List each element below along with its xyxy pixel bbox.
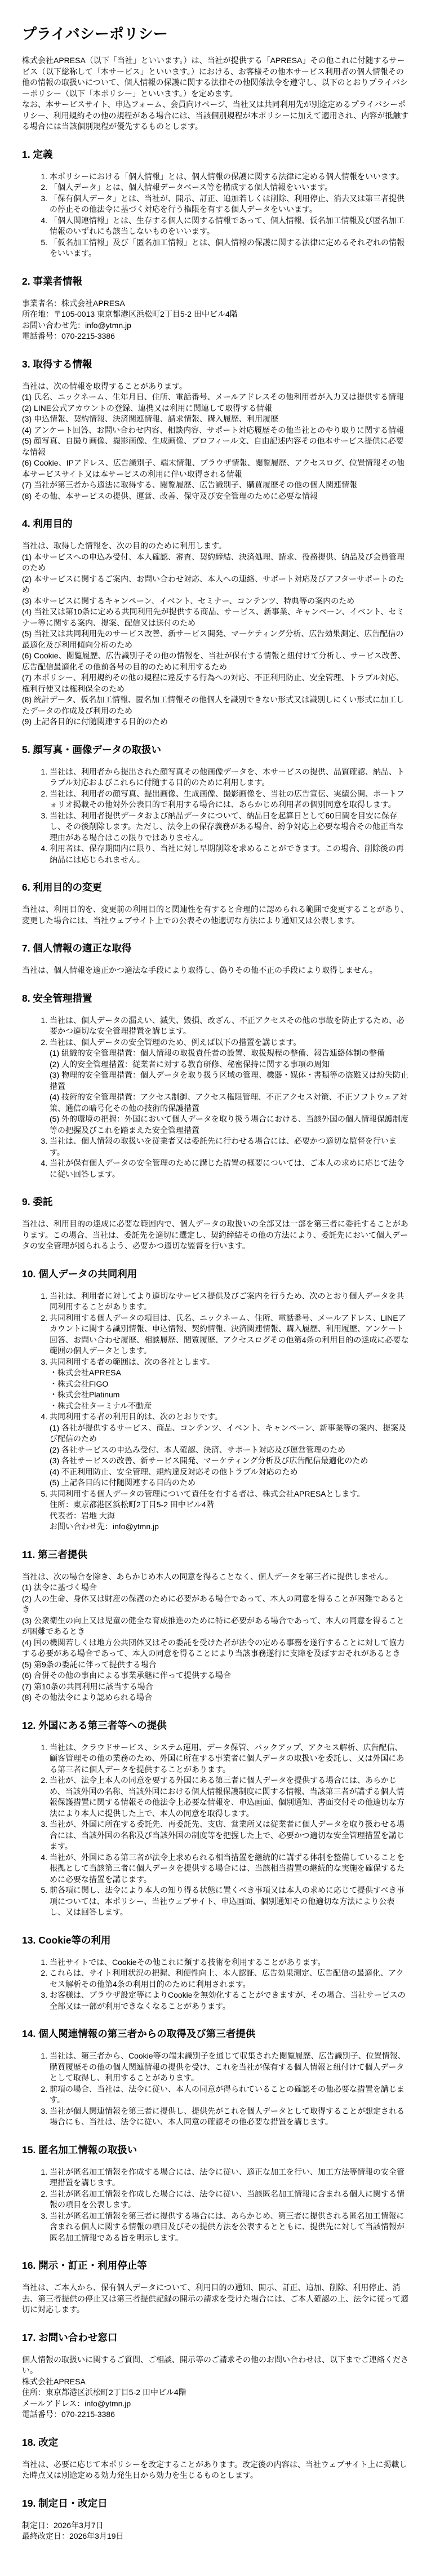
section-line: 個人情報の取扱いに関するご質問、ご相談、開示等のご請求その他のお問い合わせは、以… [22,2354,409,2376]
list-item: 前項の場合、当社は、法令に従い、本人の同意が得られていることの確認その他必要な措… [50,2084,409,2106]
list-item: 当社は、利用者の顔写真、提出画像、生成画像、撮影画像を、当社の広告宣伝、実績公開… [50,789,409,811]
section-heading: 1. 定義 [22,148,409,161]
section-body: 当社は、必要に応じて本ポリシーを改定することがあります。改定後の内容は、当社ウェ… [22,2459,409,2481]
list-item-text: 当社が、外国にある第三者が法令上求められる相当措置を継続的に講ずる体制を整備して… [50,1853,405,1884]
policy-section: 19. 制定日・改定日制定日：2026年3月7日最終改定日：2026年3月19日 [22,2497,409,2542]
section-line: 当社は、次の情報を取得することがあります。 [22,381,409,392]
section-line: (8) その他法令により認められる場合 [22,1692,409,1703]
privacy-policy-page: プライバシーポリシー 株式会社APRESA（以下「当社」といいます。）は、当社が… [0,0,431,2576]
list-sub-item: (5) 外的環境の把握：外国において個人データを取り扱う場合における、当該外国の… [50,1114,409,1136]
section-line: お問い合わせ先：info@ytmn.jp [22,320,409,331]
section-line: (4) 国の機関若しくは地方公共団体又はその委託を受けた者が法令の定める事務を遂… [22,1637,409,1659]
list-item-text: 当社が個人関連情報を第三者に提供し、提供先がこれを個人データとして取得することが… [50,2106,405,2127]
list-item-text: 当社は、利用者提供データおよび納品データについて、納品日を起算日として60日間を… [50,811,404,842]
intro-paragraph: 株式会社APRESA（以下「当社」といいます。）は、当社が提供する「APRESA… [22,55,409,99]
list-item-text: 共同利用する個人データの項目は、氏名、ニックネーム、住所、電話番号、メールアドレ… [50,1313,408,1356]
list-item: これらは、サイト利用状況の把握、利便性向上、本人認証、広告効果測定、広告配信の最… [50,1968,409,1990]
list-item: 当社は、第三者から、Cookie等の端末識別子を通じて収集された閲覧履歴、広告識… [50,2051,409,2084]
section-heading: 13. Cookie等の利用 [22,1934,409,1946]
section-body: 制定日：2026年3月7日最終改定日：2026年3月19日 [22,2520,409,2542]
section-line: 当社は、個人情報を適正かつ適法な手段により取得し、偽りその他不正の手段により取得… [22,965,409,976]
policy-section: 15. 匿名加工情報の取扱い当社が匿名加工情報を作成する場合には、法令に従い、適… [22,2144,409,2244]
section-body: 事業者名：株式会社APRESA所在地：〒105-0013 東京都港区浜松町2丁目… [22,298,409,342]
section-line: (7) 当社が第三者から適法に取得する、閲覧履歴、広告識別子、購買履歴その他の個… [22,480,409,491]
intro: 株式会社APRESA（以下「当社」といいます。）は、当社が提供する「APRESA… [22,55,409,132]
section-line: (6) 合併その他の事由による事業承継に伴って提供する場合 [22,1670,409,1681]
section-body: 当社は、ご本人から、保有個人データについて、利用目的の通知、開示、訂正、追加、削… [22,2282,409,2316]
section-heading: 2. 事業者情報 [22,275,409,287]
list-sub-item: ・株式会社FIGO [50,1379,409,1390]
list-sub-item: (3) 物理的安全管理措置：個人データを取り扱う区域の管理、機器・媒体・書類等の… [50,1070,409,1092]
list-item-text: 当社が、法令上本人の同意を要する外国にある第三者に個人データを提供する場合には、… [50,1776,405,1818]
list-item: 当社は、利用者から提出された顔写真その他画像データを、本サービスの提供、品質確認… [50,767,409,789]
policy-section: 18. 改定当社は、必要に応じて本ポリシーを改定することがあります。改定後の内容… [22,2436,409,2481]
page-title: プライバシーポリシー [22,25,409,43]
list-item-text: 「仮名加工情報」及び「匿名加工情報」とは、個人情報の保護に関する法律に定めるそれ… [50,238,405,258]
policy-section: 5. 顔写真・画像データの取扱い当社は、利用者から提出された顔写真その他画像デー… [22,743,409,866]
section-line: 当社は、次の場合を除き、あらかじめ本人の同意を得ることなく、個人データを第三者に… [22,1572,409,1583]
list-sub-item: (1) 組織的安全管理措置：個人情報の取扱責任者の設置、取扱規程の整備、報告連絡… [50,1048,409,1059]
section-heading: 17. お問い合わせ窓口 [22,2331,409,2344]
list-item-text: 「個人データ」とは、個人情報データベース等を構成する個人情報をいいます。 [50,183,332,192]
section-body: 当社は、取得した情報を、次の目的のために利用します。(1) 本サービスへの申込み… [22,541,409,728]
section-line: 当社は、必要に応じて本ポリシーを改定することがあります。改定後の内容は、当社ウェ… [22,2459,409,2481]
list-item: 共同利用する個人データの項目は、氏名、ニックネーム、住所、電話番号、メールアドレ… [50,1313,409,1357]
section-line: メールアドレス：info@ytmn.jp [22,2398,409,2410]
list-item-text: 当社は、利用者に対してより適切なサービス提供及びご案内を行うため、次のとおり個人… [50,1291,404,1312]
list-item-text: 当社が匿名加工情報を第三者に提供する場合には、あらかじめ、第三者に提供される匿名… [50,2211,405,2242]
numbered-list: 当社は、個人データの漏えい、滅失、毀損、改ざん、不正アクセスその他の事故を防止す… [22,1015,409,1180]
section-body: 当社は、利用目的を、変更前の利用目的と関連性を有すると合理的に認められる範囲で変… [22,904,409,926]
list-item-text: 当社は、利用者から提出された顔写真その他画像データを、本サービスの提供、品質確認… [50,767,405,787]
section-heading: 4. 利用目的 [22,517,409,530]
section-heading: 14. 個人関連情報の第三者からの取得及び第三者提供 [22,2028,409,2040]
policy-section: 10. 個人データの共同利用当社は、利用者に対してより適切なサービス提供及びご案… [22,1268,409,1533]
list-item-text: 当社は、利用者の顔写真、提出画像、生成画像、撮影画像を、当社の広告宣伝、実績公開… [50,789,405,809]
list-item: 当社サイトでは、Cookieその他これに類する技術を利用することがあります。 [50,1957,409,1968]
section-body: 個人情報の取扱いに関するご質問、ご相談、開示等のご請求その他のお問い合わせは、以… [22,2354,409,2420]
section-line: 当社は、利用目的の達成に必要な範囲内で、個人データの取扱いの全部又は一部を第三者… [22,1219,409,1252]
list-item-text: 利用者は、保存期間内に限り、当社に対し早期削除を求めることができます。この場合、… [50,844,404,864]
section-heading: 3. 取得する情報 [22,358,409,370]
list-item: 当社が保有個人データの安全管理のために講じた措置の概要については、ご本人の求めに… [50,1158,409,1180]
list-item-text: 当社は、個人情報の取扱いを従業者又は委託先に行わせる場合には、必要かつ適切な監督… [50,1136,397,1157]
list-item-text: これらは、サイト利用状況の把握、利便性向上、本人認証、広告効果測定、広告配信の最… [50,1968,404,1989]
list-item: 当社が個人関連情報を第三者に提供し、提供先がこれを個人データとして取得することが… [50,2106,409,2128]
section-line: 当社は、利用目的を、変更前の利用目的と関連性を有すると合理的に認められる範囲で変… [22,904,409,926]
list-item-text: 前項の場合、当社は、法令に従い、本人の同意が得られていることの確認その他必要な措… [50,2084,405,2105]
policy-section: 11. 第三者提供当社は、次の場合を除き、あらかじめ本人の同意を得ることなく、個… [22,1548,409,1703]
list-item: 当社が、外国に所在する委託先、再委託先、支店、営業所又は従業者に個人データを取り… [50,1819,409,1852]
list-item: 共同利用する者の利用目的は、次のとおりです。(1) 各社が提供するサービス、商品… [50,1411,409,1489]
section-heading: 6. 利用目的の変更 [22,881,409,893]
section-line: 電話番号：070-2215-3386 [22,2409,409,2420]
section-heading: 15. 匿名加工情報の取扱い [22,2144,409,2156]
list-item-text: 当社は、個人データの漏えい、滅失、毀損、改ざん、不正アクセスその他の事故を防止す… [50,1016,405,1036]
section-line: 事業者名：株式会社APRESA [22,298,409,309]
list-item: 共同利用する者の範囲は、次の各社とします。・株式会社APRESA・株式会社FIG… [50,1357,409,1412]
list-item: 本ポリシーにおける「個人情報」とは、個人情報の保護に関する法律に定める個人情報を… [50,171,409,183]
section-line: (3) 公衆衛生の向上又は児童の健全な育成推進のために特に必要がある場合であって… [22,1615,409,1637]
list-item-text: 当社は、個人データの安全管理のため、例えば以下の措置を講じます。 [50,1038,301,1047]
list-sub-item: ・株式会社ターミナル不動産 [50,1401,409,1412]
list-item: 利用者は、保存期間内に限り、当社に対し早期削除を求めることができます。この場合、… [50,843,409,865]
list-item-text: 当社は、第三者から、Cookie等の端末識別子を通じて収集された閲覧履歴、広告識… [50,2051,406,2082]
policy-section: 6. 利用目的の変更当社は、利用目的を、変更前の利用目的と関連性を有すると合理的… [22,881,409,926]
section-line: 当社は、取得した情報を、次の目的のために利用します。 [22,541,409,552]
list-item-text: お客様は、ブラウザ設定等によりCookieを無効化することができますが、その場合… [50,1990,406,2011]
list-sub-item: お問い合わせ先：info@ytmn.jp [50,1521,409,1533]
section-heading: 7. 個人情報の適正な取得 [22,942,409,954]
section-line: (8) その他、本サービスの提供、運営、改善、保守及び安全管理のために必要な情報 [22,491,409,502]
list-item-text: 共同利用する者の利用目的は、次のとおりです。 [50,1412,223,1421]
section-heading: 19. 制定日・改定日 [22,2497,409,2509]
list-sub-item: 代表者：岩地 大海 [50,1511,409,1522]
list-item: 前各項に関し、法令により本人の知り得る状態に置くべき事項又は本人の求めに応じて提… [50,1885,409,1918]
section-line: (2) 人の生命、身体又は財産の保護のために必要がある場合であって、本人の同意を… [22,1594,409,1615]
list-sub-item: (5) 上記各目的に付随関連する目的のため [50,1477,409,1489]
numbered-list: 当社が匿名加工情報を作成する場合には、法令に従い、適正な加工を行い、加工方法等情… [22,2167,409,2244]
list-sub-item: (3) 各社サービスの改善、新サービス開発、マーケティング分析及び広告配信最適化… [50,1455,409,1467]
section-line: (4) アンケート回答、お問い合わせ内容、相談内容、サポート対応履歴その他当社と… [22,425,409,436]
numbered-list: 当社は、利用者に対してより適切なサービス提供及びご案内を行うため、次のとおり個人… [22,1291,409,1533]
list-item: 当社は、利用者に対してより適切なサービス提供及びご案内を行うため、次のとおり個人… [50,1291,409,1313]
list-item: 「個人関連情報」とは、生存する個人に関する情報であって、個人情報、仮名加工情報及… [50,215,409,237]
section-line: 当社は、ご本人から、保有個人データについて、利用目的の通知、開示、訂正、追加、削… [22,2282,409,2316]
list-item: 当社は、クラウドサービス、システム運用、データ保管、バックアップ、アクセス解析、… [50,1742,409,1776]
section-heading: 10. 個人データの共同利用 [22,1268,409,1280]
policy-section: 13. Cookie等の利用当社サイトでは、Cookieその他これに類する技術を… [22,1934,409,2012]
policy-section: 3. 取得する情報当社は、次の情報を取得することがあります。(1) 氏名、ニック… [22,358,409,502]
list-item-text: 当社が、外国に所在する委託先、再委託先、支店、営業所又は従業者に個人データを取り… [50,1820,405,1851]
list-sub-item: ・株式会社Platinum [50,1389,409,1401]
section-line: (5) 第9条の委託に伴って提供する場合 [22,1659,409,1671]
section-body: 当社は、次の情報を取得することがあります。(1) 氏名、ニックネーム、生年月日、… [22,381,409,502]
policy-section: 14. 個人関連情報の第三者からの取得及び第三者提供当社は、第三者から、Cook… [22,2028,409,2128]
section-line: (3) 本サービスに関するキャンペーン、イベント、セミナー、コンテンツ、特典等の… [22,596,409,607]
section-line: (2) LINE公式アカウントの登録、連携又は利用に関連して取得する情報 [22,403,409,414]
section-line: (2) 本サービスに関するご案内、お問い合わせ対応、本人への連絡、サポート対応及… [22,574,409,596]
list-item-text: 前各項に関し、法令により本人の知り得る状態に置くべき事項又は本人の求めに応じて提… [50,1885,405,1916]
numbered-list: 当社サイトでは、Cookieその他これに類する技術を利用することがあります。これ… [22,1957,409,2012]
section-heading: 12. 外国にある第三者等への提供 [22,1719,409,1732]
section-line: (1) 法令に基づく場合 [22,1582,409,1594]
intro-paragraph: なお、本サービスサイト、申込フォーム、会員向けページ、当社又は共同利用先が別途定… [22,99,409,132]
list-item-text: 当社サイトでは、Cookieその他これに類する技術を利用することがあります。 [50,1958,325,1967]
list-item: 当社が、法令上本人の同意を要する外国にある第三者に個人データを提供する場合には、… [50,1775,409,1819]
list-sub-item: ・株式会社APRESA [50,1367,409,1379]
numbered-list: 当社は、第三者から、Cookie等の端末識別子を通じて収集された閲覧履歴、広告識… [22,2051,409,2128]
policy-section: 1. 定義本ポリシーにおける「個人情報」とは、個人情報の保護に関する法律に定める… [22,148,409,259]
policy-section: 2. 事業者情報事業者名：株式会社APRESA所在地：〒105-0013 東京都… [22,275,409,342]
section-line: 最終改定日：2026年3月19日 [22,2531,409,2542]
list-item: 当社が匿名加工情報を作成した場合には、法令に従い、当該匿名加工情報に含まれる個人… [50,2189,409,2211]
section-line: 株式会社APRESA [22,2376,409,2388]
list-item: 当社は、利用者提供データおよび納品データについて、納品日を起算日として60日間を… [50,811,409,844]
numbered-list: 本ポリシーにおける「個人情報」とは、個人情報の保護に関する法律に定める個人情報を… [22,171,409,259]
section-heading: 11. 第三者提供 [22,1548,409,1561]
policy-section: 12. 外国にある第三者等への提供当社は、クラウドサービス、システム運用、データ… [22,1719,409,1918]
list-item-text: 当社は、クラウドサービス、システム運用、データ保管、バックアップ、アクセス解析、… [50,1743,404,1774]
section-line: 住所：東京都港区浜松町2丁目5-2 田中ビル4階 [22,2387,409,2398]
list-sub-item: (1) 各社が提供するサービス、商品、コンテンツ、イベント、キャンペーン、新事業… [50,1423,409,1445]
list-item: 当社が匿名加工情報を作成する場合には、法令に従い、適正な加工を行い、加工方法等情… [50,2167,409,2189]
list-sub-item: 住所：東京都港区浜松町2丁目5-2 田中ビル4階 [50,1499,409,1511]
section-heading: 16. 開示・訂正・利用停止等 [22,2259,409,2272]
policy-section: 16. 開示・訂正・利用停止等当社は、ご本人から、保有個人データについて、利用目… [22,2259,409,2316]
list-item-text: 当社が保有個人データの安全管理のために講じた措置の概要については、ご本人の求めに… [50,1158,405,1179]
list-item: 「個人データ」とは、個人情報データベース等を構成する個人情報をいいます。 [50,182,409,193]
list-sub-item: (2) 人的安全管理措置：従業者に対する教育研修、秘密保持に関する事項の周知 [50,1059,409,1070]
policy-section: 9. 委託当社は、利用目的の達成に必要な範囲内で、個人データの取扱いの全部又は一… [22,1196,409,1252]
list-item-text: 本ポリシーにおける「個人情報」とは、個人情報の保護に関する法律に定める個人情報を… [50,172,404,181]
section-body: 当社は、利用目的の達成に必要な範囲内で、個人データの取扱いの全部又は一部を第三者… [22,1219,409,1252]
section-heading: 18. 改定 [22,2436,409,2449]
section-body: 当社は、次の場合を除き、あらかじめ本人の同意を得ることなく、個人データを第三者に… [22,1572,409,1703]
section-line: (3) 申込情報、契約情報、決済関連情報、請求情報、購入履歴、利用履歴 [22,414,409,425]
section-heading: 9. 委託 [22,1196,409,1208]
list-item-text: 共同利用する個人データの管理について責任を有する者は、株式会社APRESAとしま… [50,1489,365,1498]
section-line: (6) Cookie、IPアドレス、広告識別子、端末情報、ブラウザ情報、閲覧履歴… [22,458,409,480]
list-item: 当社が匿名加工情報を第三者に提供する場合には、あらかじめ、第三者に提供される匿名… [50,2211,409,2244]
list-item: 当社は、個人データの漏えい、滅失、毀損、改ざん、不正アクセスその他の事故を防止す… [50,1015,409,1037]
list-item-text: 当社が匿名加工情報を作成する場合には、法令に従い、適正な加工を行い、加工方法等情… [50,2167,405,2188]
policy-section: 4. 利用目的当社は、取得した情報を、次の目的のために利用します。(1) 本サー… [22,517,409,728]
list-item: 「保有個人データ」とは、当社が、開示、訂正、追加若しくは削除、利用停止、消去又は… [50,193,409,215]
section-line: (5) 当社又は共同利用先のサービス改善、新サービス開発、マーケティング分析、広… [22,628,409,650]
section-line: (8) 統計データ、仮名加工情報、匿名加工情報その他個人を識別できない形式又は識… [22,694,409,716]
section-line: (7) 本ポリシー、利用規約その他の規程に違反する行為への対応、不正利用防止、安… [22,672,409,694]
list-item: 当社は、個人情報の取扱いを従業者又は委託先に行わせる場合には、必要かつ適切な監督… [50,1136,409,1158]
section-line: (4) 当社又は第10条に定める共同利用先が提供する商品、サービス、新事業、キャ… [22,607,409,628]
list-item-text: 「個人関連情報」とは、生存する個人に関する情報であって、個人情報、仮名加工情報及… [50,216,405,236]
section-heading: 8. 安全管理措置 [22,992,409,1004]
list-item-text: 当社が匿名加工情報を作成した場合には、法令に従い、当該匿名加工情報に含まれる個人… [50,2189,405,2210]
list-item: お客様は、ブラウザ設定等によりCookieを無効化することができますが、その場合… [50,1990,409,2012]
list-sub-item: (2) 各社サービスの申込み受付、本人確認、決済、サポート対応及び運営管理のため [50,1445,409,1456]
numbered-list: 当社は、クラウドサービス、システム運用、データ保管、バックアップ、アクセス解析、… [22,1742,409,1918]
section-line: (9) 上記各目的に付随関連する目的のため [22,716,409,728]
policy-sections: 1. 定義本ポリシーにおける「個人情報」とは、個人情報の保護に関する法律に定める… [22,148,409,2542]
list-item: 共同利用する個人データの管理について責任を有する者は、株式会社APRESAとしま… [50,1489,409,1533]
section-line: (5) 顔写真、自撮り画像、撮影画像、生成画像、プロフィール文、自由記述内容その… [22,436,409,458]
list-item: 当社は、個人データの安全管理のため、例えば以下の措置を講じます。(1) 組織的安… [50,1037,409,1136]
list-sub-item: (4) 不正利用防止、安全管理、規約違反対応その他トラブル対応のため [50,1467,409,1478]
section-line: (7) 第10条の共同利用に該当する場合 [22,1681,409,1693]
policy-section: 17. お問い合わせ窓口個人情報の取扱いに関するご質問、ご相談、開示等のご請求そ… [22,2331,409,2420]
numbered-list: 当社は、利用者から提出された顔写真その他画像データを、本サービスの提供、品質確認… [22,767,409,866]
policy-section: 8. 安全管理措置当社は、個人データの漏えい、滅失、毀損、改ざん、不正アクセスそ… [22,992,409,1180]
section-body: 当社は、個人情報を適正かつ適法な手段により取得し、偽りその他不正の手段により取得… [22,965,409,976]
section-line: 電話番号：070-2215-3386 [22,331,409,342]
policy-section: 7. 個人情報の適正な取得当社は、個人情報を適正かつ適法な手段により取得し、偽り… [22,942,409,976]
section-line: 制定日：2026年3月7日 [22,2520,409,2531]
section-line: (1) 本サービスへの申込み受付、本人確認、審査、契約締結、決済処理、請求、役務… [22,552,409,574]
section-line: (1) 氏名、ニックネーム、生年月日、住所、電話番号、メールアドレスその他利用者… [22,392,409,403]
list-item: 「仮名加工情報」及び「匿名加工情報」とは、個人情報の保護に関する法律に定めるそれ… [50,237,409,259]
list-item: 当社が、外国にある第三者が法令上求められる相当措置を継続的に講ずる体制を整備して… [50,1852,409,1885]
list-sub-item: (4) 技術的安全管理措置：アクセス制御、アクセス権限管理、不正アクセス対策、不… [50,1092,409,1114]
list-item-text: 「保有個人データ」とは、当社が、開示、訂正、追加若しくは削除、利用停止、消去又は… [50,194,405,214]
section-heading: 5. 顔写真・画像データの取扱い [22,743,409,756]
list-item-text: 共同利用する者の範囲は、次の各社とします。 [50,1357,215,1366]
section-line: (6) Cookie、閲覧履歴、広告識別子その他の情報を、当社が保有する情報と紐… [22,650,409,672]
section-line: 所在地：〒105-0013 東京都港区浜松町2丁目5-2 田中ビル4階 [22,309,409,320]
